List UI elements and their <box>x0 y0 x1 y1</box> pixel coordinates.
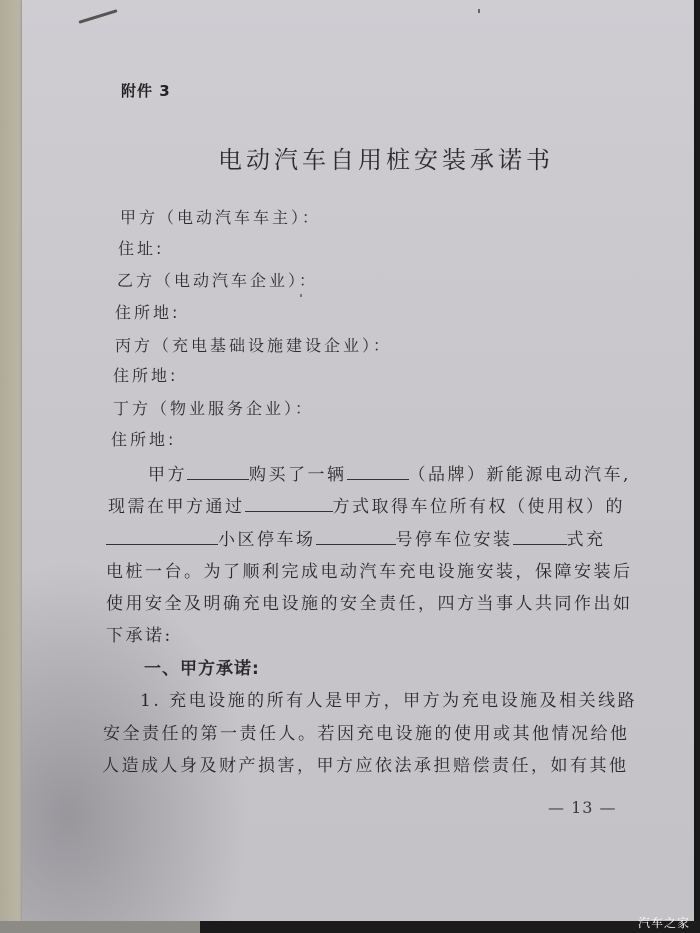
party-d-address-label: 住所地: <box>111 427 176 450</box>
paper-speck <box>478 9 480 13</box>
section-1-line-3: 人造成人身及财产损害，甲方应依法承担赔偿责任，如有其他 <box>102 751 629 776</box>
document-title: 电动汽车自用桩安装承诺书 <box>218 140 554 175</box>
intro-line-4: 电桩一台。为了顺利完成电动汽车充电设施安装，保障安装后 <box>106 557 633 582</box>
intro-text: （品牌）新能源电动汽车, <box>409 465 631 485</box>
intro-text: 现需在甲方通过 <box>108 497 245 517</box>
party-b-address-label: 住所地: <box>115 300 180 323</box>
party-b-label: 乙方（电动汽车企业）： <box>117 268 318 291</box>
intro-text: 式充 <box>567 530 606 550</box>
blank-field-community[interactable] <box>106 530 218 545</box>
intro-line-3: 小区停车场号停车位安装式充 <box>106 525 606 550</box>
blank-field-party-a-name[interactable] <box>187 465 249 480</box>
intro-line-2: 现需在甲方通过方式取得车位所有权（使用权）的 <box>108 492 625 517</box>
blank-field-charger-type[interactable] <box>513 530 567 545</box>
blank-field-parking-number[interactable] <box>316 530 396 545</box>
attachment-label: 附件 3 <box>121 80 171 101</box>
party-c-address-label: 住所地: <box>113 363 178 386</box>
intro-text: 甲方 <box>148 465 187 485</box>
section-1-line-2: 安全责任的第一责任人。若因充电设施的使用或其他情况给他 <box>103 719 630 744</box>
intro-line-6: 下承诺: <box>106 621 173 646</box>
party-a-address-label: 住址: <box>118 236 164 259</box>
paper-speck <box>300 294 302 297</box>
intro-text: 购买了一辆 <box>249 465 347 485</box>
blank-field-acquisition-method[interactable] <box>245 497 333 512</box>
intro-text: 方式取得车位所有权（使用权）的 <box>333 497 626 517</box>
section-1-line-1: 1. 充电设施的所有人是甲方，甲方为充电设施及相关线路 <box>140 686 637 711</box>
party-a-label: 甲方（电动汽车车主）： <box>120 205 321 228</box>
blank-field-brand[interactable] <box>347 465 409 480</box>
intro-text: 小区停车场 <box>218 530 316 550</box>
intro-text: 号停车位安装 <box>396 530 513 550</box>
intro-line-5: 使用安全及明确充电设施的安全责任，四方当事人共同作出如 <box>106 589 633 614</box>
section-heading-party-a: 一、甲方承诺: <box>144 654 260 679</box>
intro-line-1: 甲方购买了一辆（品牌）新能源电动汽车, <box>148 460 631 485</box>
party-d-label: 丁方（物业服务企业）： <box>113 396 314 419</box>
page-number: — 13 — <box>548 798 617 817</box>
watermark: 汽车之家 <box>638 914 690 931</box>
party-c-label: 丙方（充电基础设施建设企业）： <box>115 333 392 356</box>
table-surface-bottom-left <box>0 921 200 933</box>
